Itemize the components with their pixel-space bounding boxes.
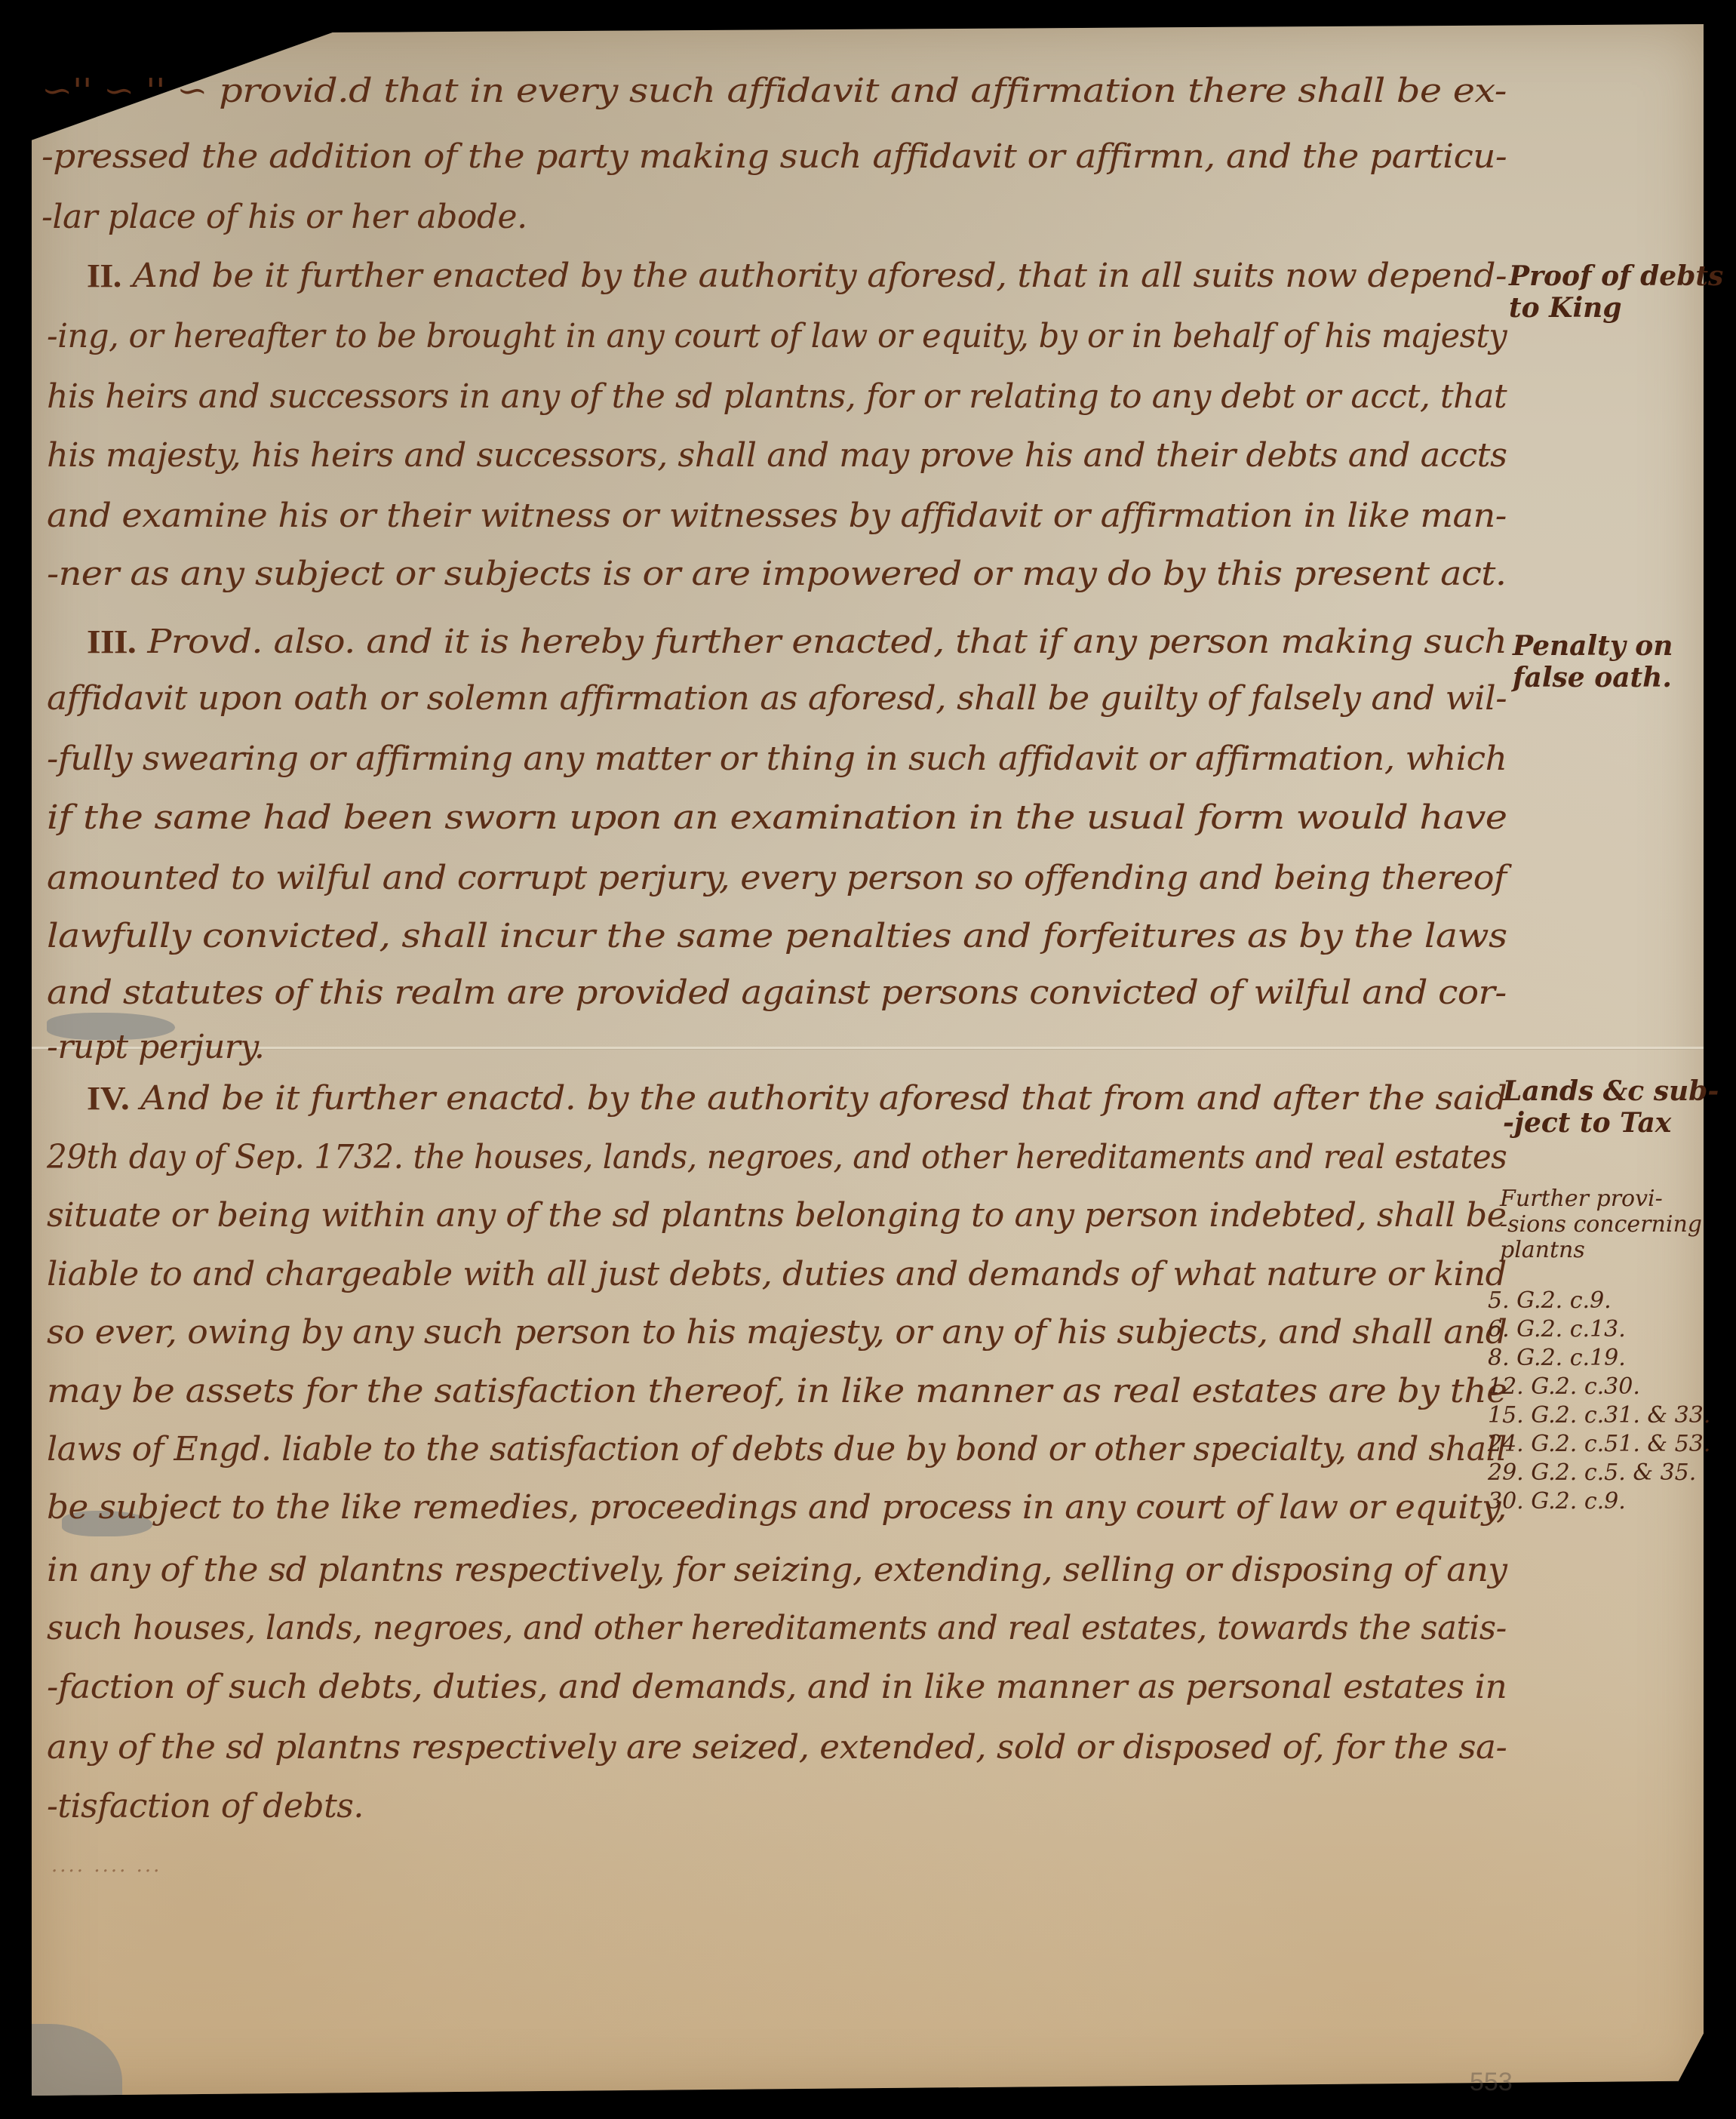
opening-line-1: ∽'' ∽ '' ∽ provid.d that in every such a… (41, 72, 1507, 110)
section-iv-line-9: in any of the sd plantns respectively, f… (47, 1551, 1507, 1589)
opening-line-3: -lar place of his or her abode. (41, 198, 527, 236)
section-iv-line-12: any of the sd plantns respectively are s… (47, 1728, 1507, 1767)
section-iv-line-10: such houses, lands, negroes, and other h… (47, 1609, 1507, 1647)
section-iv-line-6: may be assets for the satisfaction there… (47, 1372, 1507, 1410)
statute-ref: 12. G.2. c.30. (1488, 1373, 1710, 1401)
statute-ref: 29. G.2. c.5. & 35. (1488, 1459, 1710, 1487)
section-ii-line-2: -ing, or hereafter to be brought in any … (47, 317, 1507, 355)
section-ii-line-3: his heirs and successors in any of the s… (47, 377, 1507, 416)
paper-tear-corner (32, 2024, 122, 2096)
margin-note-penalty: Penalty on false oath. (1513, 630, 1673, 694)
statute-ref: 8. G.2. c.19. (1488, 1344, 1710, 1373)
section-numeral: III. (87, 623, 136, 660)
section-ii-line-6: -ner as any subject or subjects is or ar… (47, 555, 1507, 593)
opening-line-2: -pressed the addition of the party makin… (41, 137, 1507, 176)
section-ii-line-1: II.And be it further enacted by the auth… (87, 257, 1507, 295)
statute-ref: 24. G.2. c.51. & 53. (1488, 1430, 1710, 1459)
section-iv-line-3: situate or being within any of the sd pl… (47, 1196, 1507, 1235)
section-iii-line-8: -rupt perjury. (47, 1028, 264, 1066)
section-iv-line-13: -tisfaction of debts. (47, 1787, 364, 1825)
section-iii-line-1: III.Provd. also. and it is hereby furthe… (87, 623, 1507, 661)
section-iii-line-4: if the same had been sworn upon an exami… (47, 798, 1507, 837)
section-iii-line-7: and statutes of this realm are provided … (47, 973, 1507, 1012)
statute-ref: 30. G.2. c.9. (1488, 1487, 1710, 1516)
section-numeral: IV. (87, 1080, 129, 1117)
margin-note-further-provisions: Further provi- -sions concerning plantns (1500, 1186, 1702, 1263)
statute-references-list: 5. G.2. c.9. 6. G.2. c.13. 8. G.2. c.19.… (1488, 1287, 1710, 1516)
margin-note-proof-of-debts: Proof of debts to King (1509, 260, 1723, 324)
section-iii-line-3: -fully swearing or affirming any matter … (47, 740, 1507, 778)
pencil-folio-number: 553 (1470, 2068, 1513, 2097)
section-numeral: II. (87, 257, 121, 294)
section-iv-line-5: so ever, owing by any such person to his… (47, 1313, 1507, 1352)
section-iv-line-2: 29th day of Sep. 1732. the houses, lands… (47, 1138, 1507, 1176)
faint-offset-text: ···· ···· ··· (51, 1860, 161, 1883)
section-iii-line-5: amounted to wilful and corrupt perjury, … (47, 859, 1507, 897)
section-ii-line-4: his majesty, his heirs and successors, s… (47, 436, 1507, 475)
section-iv-line-4: liable to and chargeable with all just d… (47, 1255, 1507, 1293)
section-iii-line-6: lawfully convicted, shall incur the same… (47, 917, 1507, 955)
section-iv-line-7: laws of Engd. liable to the satisfaction… (47, 1430, 1507, 1469)
statute-ref: 5. G.2. c.9. (1488, 1287, 1710, 1315)
margin-note-lands-subject-to-tax: Lands &c sub- -ject to Tax (1503, 1075, 1719, 1139)
paper-fold-crease (32, 1047, 1704, 1050)
section-iv-line-1: IV.And be it further enactd. by the auth… (87, 1079, 1507, 1118)
section-ii-line-5: and examine his or their witness or witn… (47, 497, 1507, 535)
section-iv-line-8: be subject to the like remedies, proceed… (47, 1488, 1507, 1527)
section-iv-line-11: -faction of such debts, duties, and dema… (47, 1668, 1507, 1706)
statute-ref: 6. G.2. c.13. (1488, 1315, 1710, 1344)
statute-ref: 15. G.2. c.31. & 33. (1488, 1401, 1710, 1430)
section-iii-line-2: affidavit upon oath or solemn affirmatio… (47, 679, 1507, 718)
